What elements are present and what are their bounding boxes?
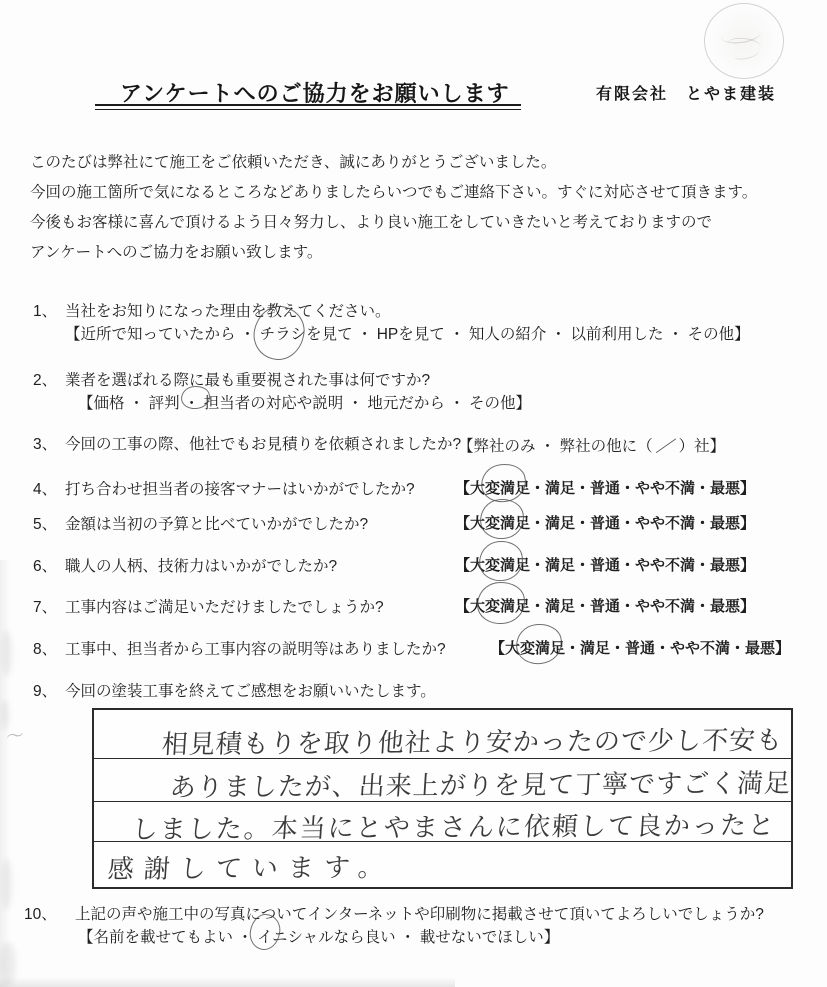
question-text: 業者を選ばれる際に最も重要視された事は何ですか? — [65, 368, 430, 390]
handwriting-line: しました。本当にとやまさんに依頼して良かったと — [131, 805, 778, 846]
question-row-9: 9、 今回の塗装工事を終えてご感想をお願いいたします。 — [0, 679, 827, 703]
question-text: 職人の人柄、技術力はいかがでしたか? — [65, 554, 337, 576]
question-row-3: 3、 今回の工事の際、他社でもお見積りを依頼されましたか? 【弊社のみ ・ 弊社… — [0, 432, 827, 456]
title-underline — [95, 104, 521, 110]
handwriting-line: 相見積もりを取り他社より安かったので少し不安も — [161, 720, 785, 761]
question-row-6: 6、 職人の人柄、技術力はいかがでしたか? 【大変満足・満足・普通・やや不満・最… — [0, 554, 827, 578]
question-row-7: 7、 工事内容はご満足いただけましたでしょうか? 【大変満足・満足・普通・やや不… — [0, 595, 827, 619]
intro-line: 今後もお客様に喜んで頂けるよう日々努力し、より良い施工をしていきたいと考えており… — [30, 208, 757, 238]
question-text: 工事中、担当者から工事内容の説明等はありましたか? — [65, 637, 446, 659]
question-number: 1、 — [33, 299, 57, 321]
handwriting-line: ありましたが、出来上がりを見て丁寧ですごく満足 — [169, 763, 793, 804]
question-number: 7、 — [33, 595, 57, 617]
question-text: 当社をお知りになった理由を教えてください。 — [65, 299, 391, 321]
question-number: 10、 — [24, 902, 57, 924]
question-number: 8、 — [33, 637, 57, 659]
question-number: 3、 — [33, 432, 57, 454]
questionnaire-page: アンケートへのご協力をお願いします 有限会社 とやま建装 このたびは弊社にて施工… — [0, 0, 827, 987]
question-number: 4、 — [33, 477, 57, 499]
question-text: 上記の声や施工中の写真についてインターネットや印刷物に掲載させて頂いてよろしいで… — [75, 902, 764, 924]
question-text: 金額は当初の予算と比べていかがでしたか? — [65, 512, 368, 534]
question-text: 今回の塗装工事を終えてご感想をお願いいたします。 — [65, 679, 436, 701]
scan-artifact — [0, 942, 16, 986]
scan-artifact — [1, 700, 9, 730]
question-text: 打ち合わせ担当者の接客マナーはいかがでしたか? — [65, 477, 415, 499]
question-row-5: 5、 金額は当初の予算と比べていかがでしたか? 【大変満足・満足・普通・やや不満… — [0, 512, 827, 536]
question-row-8: 8、 工事中、担当者から工事内容の説明等はありましたか? 【大変満足・満足・普通… — [0, 637, 827, 661]
question-number: 9、 — [33, 679, 57, 701]
handwritten-count-mark: ／ — [650, 430, 680, 461]
question-text: 今回の工事の際、他社でもお見積りを依頼されましたか? — [65, 432, 461, 454]
question-number: 2、 — [33, 368, 57, 390]
question-text: 工事内容はご満足いただけましたでしょうか? — [65, 595, 384, 617]
question-options: 【弊社のみ ・ 弊社の他に（／）社】 — [458, 432, 725, 459]
question-row-10: 10、 上記の声や施工中の写真についてインターネットや印刷物に掲載させて頂いてよ… — [0, 902, 827, 926]
intro-line: 今回の施工箇所で気になるところなどありましたらいつでもご連絡下さい。すぐに対応さ… — [30, 178, 757, 208]
question-options: 【近所で知っていたから ・ チラシを見て ・ HPを見て ・ 知人の紹介 ・ 以… — [65, 322, 750, 344]
handwriting-line: 感謝しています。 — [107, 847, 395, 886]
intro-line: このたびは弊社にて施工をご依頼いただき、誠にありがとうございました。 — [30, 148, 757, 178]
scan-artifact: 〜 — [4, 721, 26, 750]
company-name: 有限会社 とやま建装 — [596, 81, 776, 104]
comment-box: 相見積もりを取り他社より安かったので少し不安も ありましたが、出来上がりを見て丁… — [92, 708, 793, 889]
question-row-4: 4、 打ち合わせ担当者の接客マナーはいかがでしたか? 【大変満足・満足・普通・や… — [0, 477, 827, 501]
question-row-1: 1、 当社をお知りになった理由を教えてください。 — [0, 299, 827, 323]
question-options: 【価格 ・ 評判 ・ 担当者の対応や説明 ・ 地元だから ・ その他】 — [78, 391, 531, 413]
intro-paragraph: このたびは弊社にて施工をご依頼いただき、誠にありがとうございました。 今回の施工… — [30, 148, 757, 268]
question-options: 【名前を載せてもよい ・ イニシャルなら良い ・ 載せないでほしい】 — [78, 925, 559, 947]
stamp-seal-icon — [704, 3, 784, 79]
scan-artifact — [0, 977, 455, 987]
question-number: 6、 — [33, 554, 57, 576]
question-row-2: 2、 業者を選ばれる際に最も重要視された事は何ですか? — [0, 368, 827, 392]
intro-line: アンケートへのご協力をお願い致します。 — [30, 238, 757, 268]
question-number: 5、 — [33, 512, 57, 534]
